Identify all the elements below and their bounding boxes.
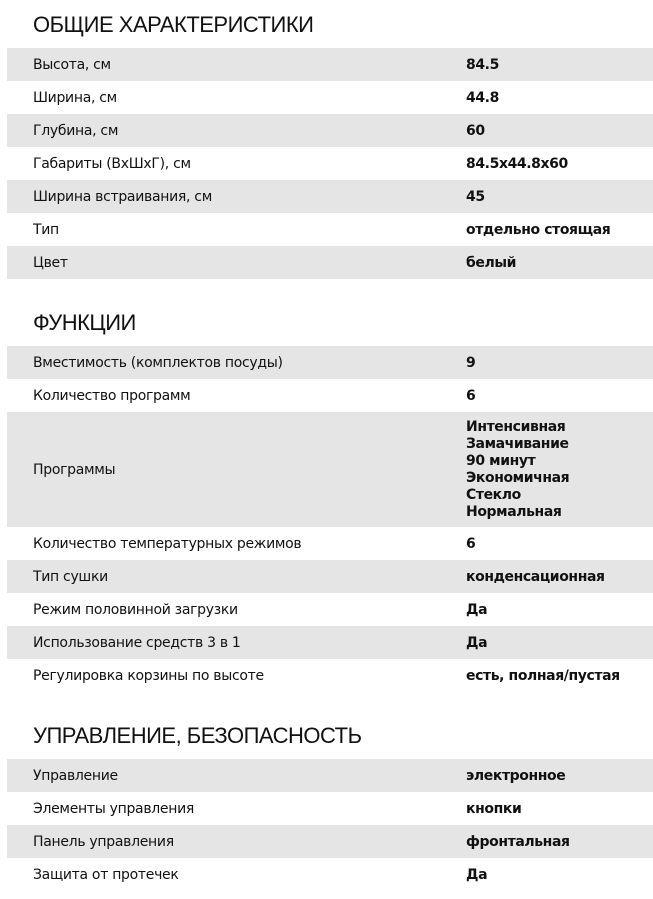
section-general: ОБЩИЕ ХАРАКТЕРИСТИКИ Высота, см84.5 Шири… (7, 0, 653, 279)
spec-value: фронтальная (466, 834, 653, 850)
spec-label: Ширина, см (7, 90, 466, 106)
spec-value: 9 (466, 355, 653, 371)
spec-row: Регулировка корзины по высотеесть, полна… (7, 659, 653, 692)
spec-label: Вместимость (комплектов посуды) (7, 355, 466, 371)
spec-row: Режим половинной загрузкиДа (7, 593, 653, 626)
spec-label: Тип (7, 222, 466, 238)
spec-label: Элементы управления (7, 801, 466, 817)
spec-label: Программы (7, 462, 466, 478)
spec-row: Тип сушкиконденсационная (7, 560, 653, 593)
spec-row: Глубина, см60 (7, 114, 653, 147)
program-item: Нормальная (466, 504, 653, 521)
spec-value: 44.8 (466, 90, 653, 106)
spec-row-programs: Программы Интенсивная Замачивание 90 мин… (7, 412, 653, 527)
spec-value: 45 (466, 189, 653, 205)
spec-row: Количество программ6 (7, 379, 653, 412)
program-item: Замачивание (466, 436, 653, 453)
spec-value: 84.5 (466, 57, 653, 73)
spec-label: Использование средств 3 в 1 (7, 635, 466, 651)
spec-value: есть, полная/пустая (466, 668, 653, 684)
spec-row: Защита от протечекДа (7, 858, 653, 891)
spec-value: Да (466, 635, 653, 651)
spec-label: Цвет (7, 255, 466, 271)
spec-value: 60 (466, 123, 653, 139)
spec-label: Тип сушки (7, 569, 466, 585)
spec-value: 6 (466, 388, 653, 404)
spec-value: 6 (466, 536, 653, 552)
spec-label: Глубина, см (7, 123, 466, 139)
spec-value: отдельно стоящая (466, 222, 653, 238)
program-item: Стекло (466, 487, 653, 504)
spec-value: Да (466, 602, 653, 618)
spec-row: Ширина встраивания, см45 (7, 180, 653, 213)
spec-label: Габариты (ВхШхГ), см (7, 156, 466, 172)
spec-value: белый (466, 255, 653, 271)
spec-value: конденсационная (466, 569, 653, 585)
section-title: ОБЩИЕ ХАРАКТЕРИСТИКИ (7, 0, 653, 48)
spec-row: Вместимость (комплектов посуды)9 (7, 346, 653, 379)
section-title: УПРАВЛЕНИЕ, БЕЗОПАСНОСТЬ (7, 711, 653, 759)
section-functions: ФУНКЦИИ Вместимость (комплектов посуды)9… (7, 298, 653, 692)
spec-row: Панель управленияфронтальная (7, 825, 653, 858)
spec-label: Управление (7, 768, 466, 784)
program-item: Экономичная (466, 470, 653, 487)
spec-row: Цветбелый (7, 246, 653, 279)
spec-row: Типотдельно стоящая (7, 213, 653, 246)
spec-value: электронное (466, 768, 653, 784)
spec-label: Ширина встраивания, см (7, 189, 466, 205)
spec-label: Количество температурных режимов (7, 536, 466, 552)
spec-row: Высота, см84.5 (7, 48, 653, 81)
spec-label: Количество программ (7, 388, 466, 404)
programs-list: Интенсивная Замачивание 90 минут Экономи… (466, 413, 653, 527)
spec-value: кнопки (466, 801, 653, 817)
section-title: ФУНКЦИИ (7, 298, 653, 346)
spec-label: Защита от протечек (7, 867, 466, 883)
program-item: Интенсивная (466, 419, 653, 436)
spec-value: 84.5x44.8x60 (466, 156, 653, 172)
spec-label: Режим половинной загрузки (7, 602, 466, 618)
spec-label: Регулировка корзины по высоте (7, 668, 466, 684)
spec-row: Элементы управлениякнопки (7, 792, 653, 825)
spec-row: Габариты (ВхШхГ), см84.5x44.8x60 (7, 147, 653, 180)
spec-row: Ширина, см44.8 (7, 81, 653, 114)
spec-label: Высота, см (7, 57, 466, 73)
program-item: 90 минут (466, 453, 653, 470)
spec-label: Панель управления (7, 834, 466, 850)
section-control-safety: УПРАВЛЕНИЕ, БЕЗОПАСНОСТЬ Управлениеэлект… (7, 711, 653, 891)
spec-value: Да (466, 867, 653, 883)
spec-row: Управлениеэлектронное (7, 759, 653, 792)
spec-row: Количество температурных режимов6 (7, 527, 653, 560)
spec-row: Использование средств 3 в 1Да (7, 626, 653, 659)
